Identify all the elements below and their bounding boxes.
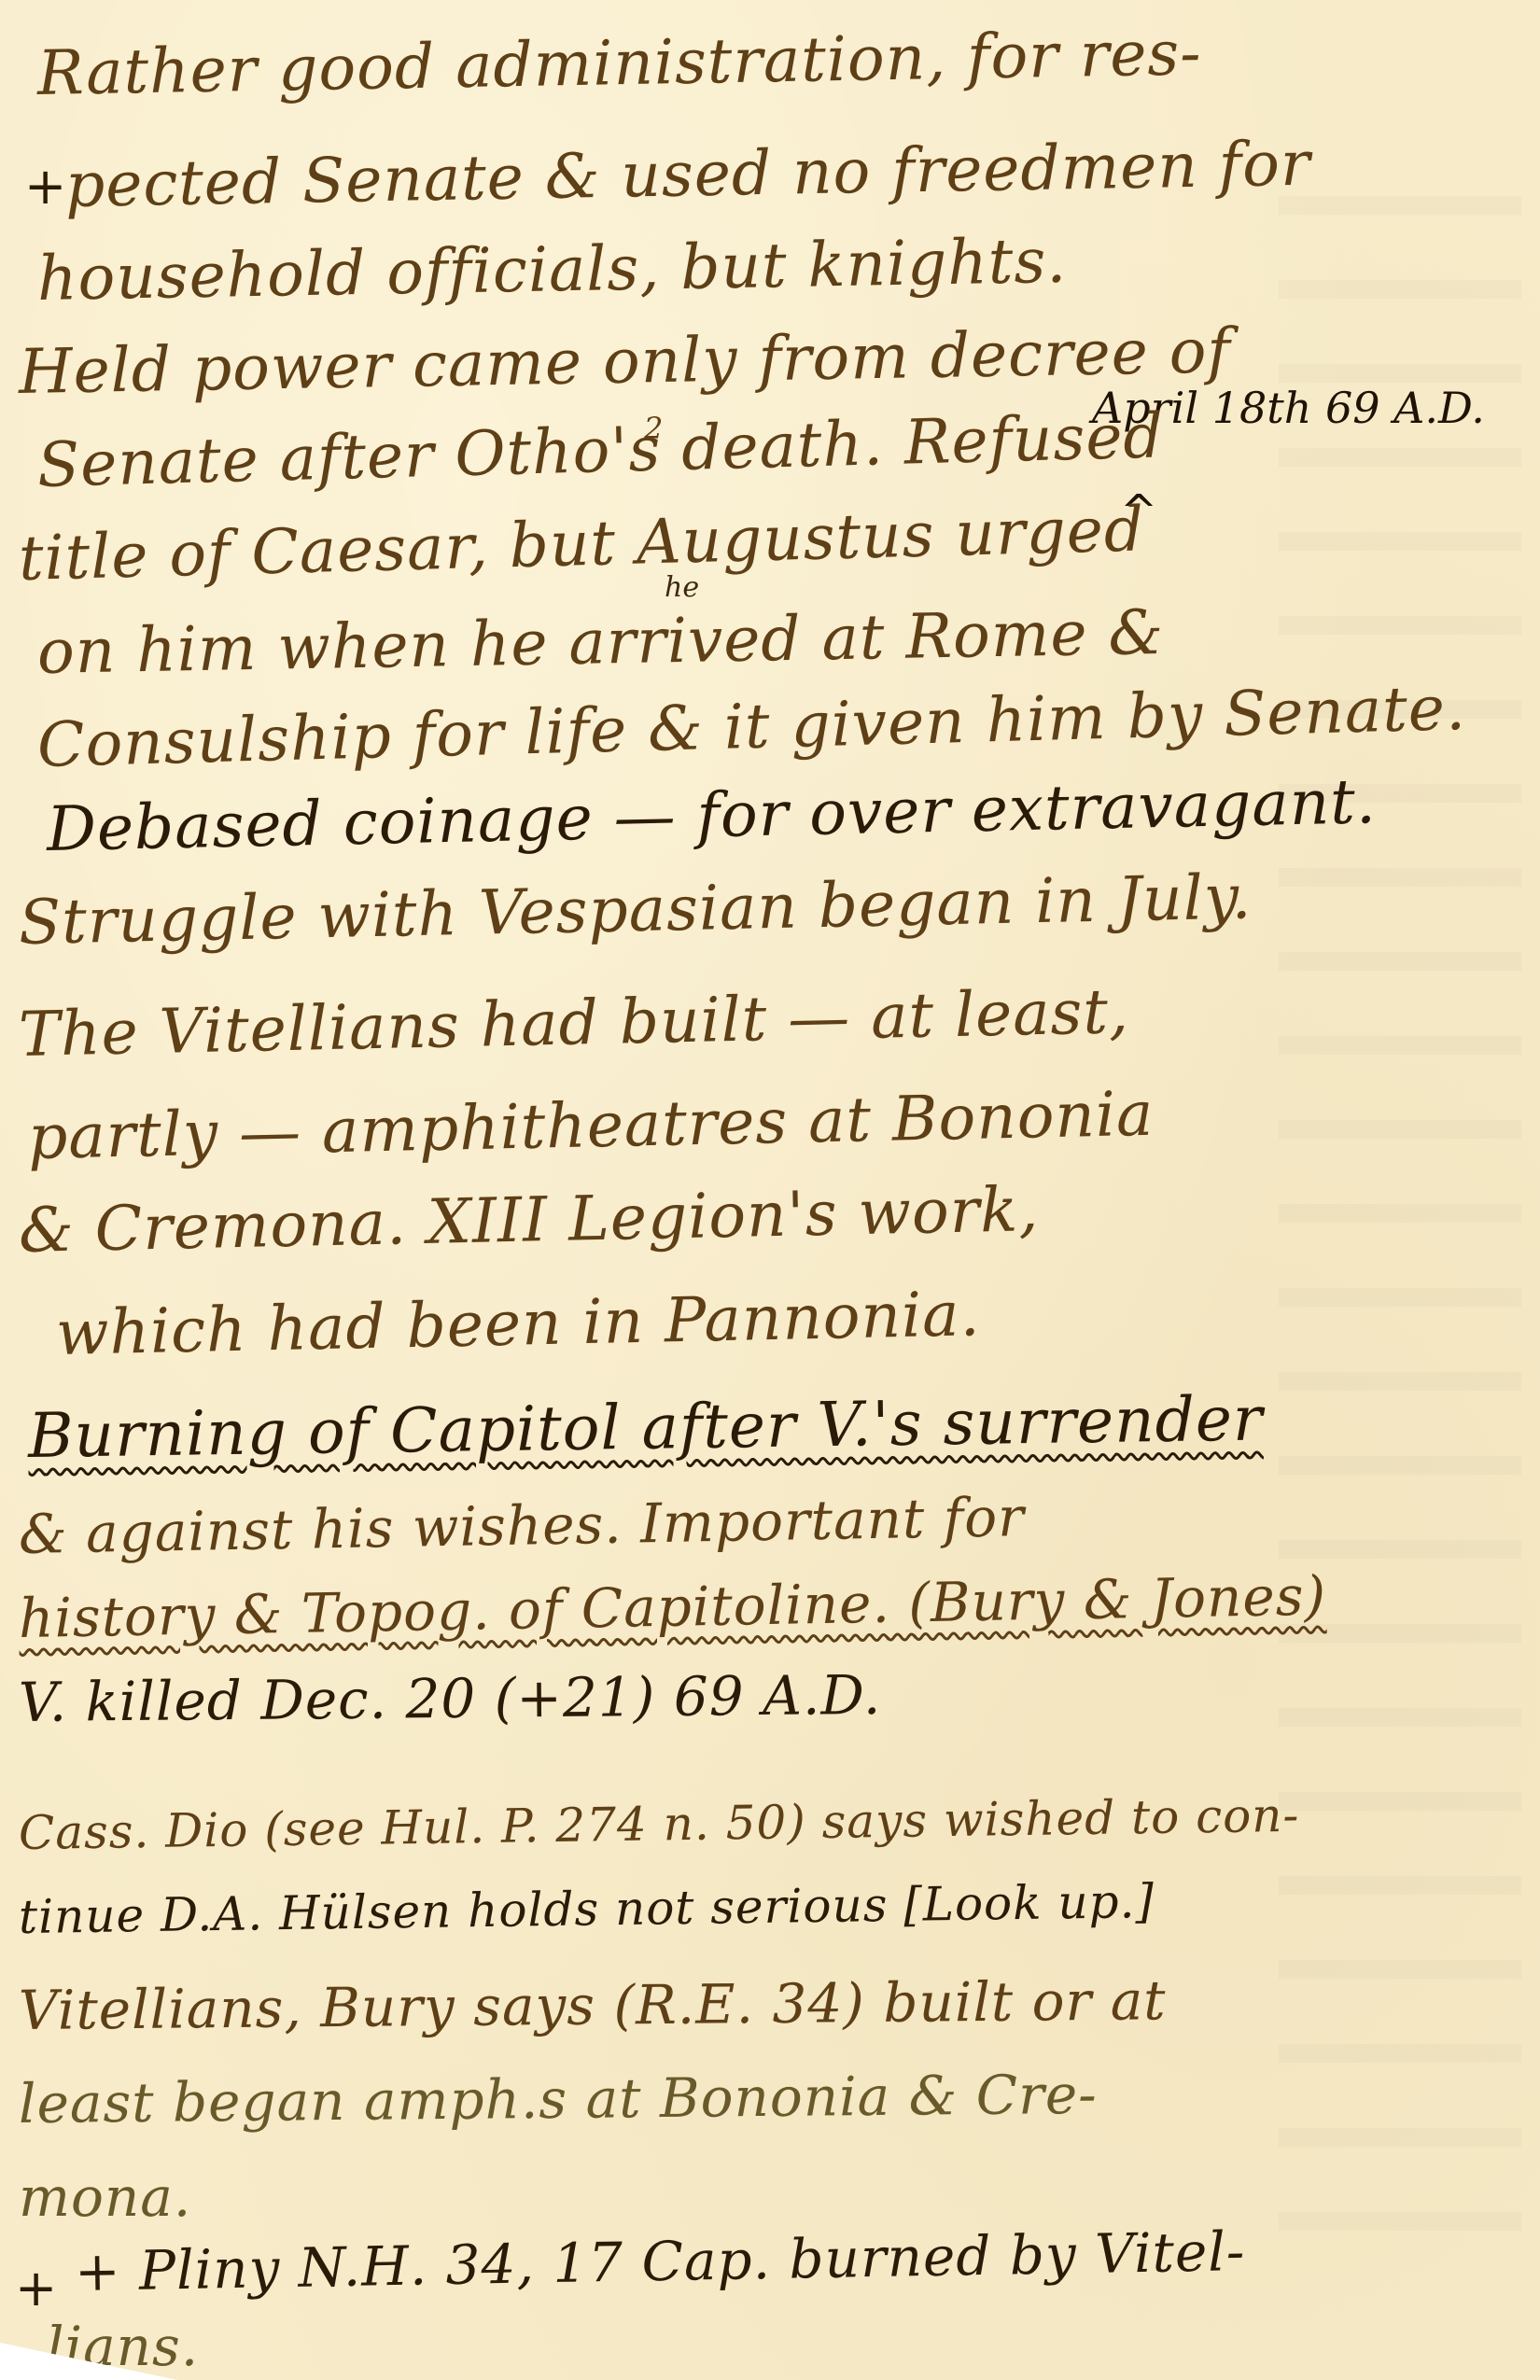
note-line-16: & against his wishes. Important for bbox=[18, 1485, 1025, 1566]
superscript-he: he bbox=[665, 571, 699, 604]
note-line-15: Burning of Capitol after V.'s surrender bbox=[27, 1383, 1263, 1472]
note-line-10: Struggle with Vespasian began in July. bbox=[18, 861, 1253, 959]
note-line-5: Senate after Otho's death. Refused bbox=[36, 399, 1165, 501]
note-line-25: lians. bbox=[47, 2315, 199, 2378]
note-line-11: The Vitellians had built — at least, bbox=[18, 975, 1129, 1071]
note-line-19: Cass. Dio (see Hul. P. 274 n. 50) says w… bbox=[19, 1788, 1300, 1860]
margin-cross-mark: + bbox=[24, 157, 66, 216]
superscript-2: 2 bbox=[644, 411, 663, 446]
note-line-18: V. killed Dec. 20 (+21) 69 A.D. bbox=[19, 1663, 882, 1734]
note-line-23: mona. bbox=[19, 2165, 191, 2229]
handwritten-page: + Rather good administration, for res- p… bbox=[0, 0, 1540, 2380]
note-line-12: partly — amphitheatres at Bononia bbox=[27, 1078, 1155, 1173]
note-line-4: Held power came only from decree of bbox=[18, 315, 1231, 408]
note-line-2: pected Senate & used no freedmen for bbox=[64, 128, 1311, 221]
note-line-1: Rather good administration, for res- bbox=[36, 17, 1202, 109]
note-line-13: & Cremona. XIII Legion's work, bbox=[18, 1173, 1040, 1267]
note-line-24: + Pliny N.H. 34, 17 Cap. burned by Vitel… bbox=[74, 2219, 1245, 2303]
ink-show-through bbox=[1279, 149, 1521, 2296]
margin-cross-mark-bottom: + bbox=[15, 2259, 57, 2317]
note-line-17: history & Topog. of Capitoline. (Bury & … bbox=[18, 1564, 1326, 1650]
note-line-21: Vitellians, Bury says (R.E. 34) built or… bbox=[19, 1968, 1167, 2042]
note-line-6: title of Caesar, but Augustus urged bbox=[18, 493, 1145, 595]
note-line-9: Debased coinage — for over extravagant. bbox=[46, 765, 1377, 865]
note-line-22: least began amph.s at Bononia & Cre- bbox=[19, 2063, 1098, 2135]
note-line-7: on him when he arrived at Rome & bbox=[36, 596, 1164, 688]
note-line-8: Consulship for life & it given him by Se… bbox=[36, 672, 1467, 781]
note-line-3: household officials, but knights. bbox=[36, 225, 1067, 315]
note-line-14: which had been in Pannonia. bbox=[55, 1278, 981, 1369]
note-line-20: tinue D.A. Hülsen holds not serious [Loo… bbox=[19, 1874, 1155, 1944]
